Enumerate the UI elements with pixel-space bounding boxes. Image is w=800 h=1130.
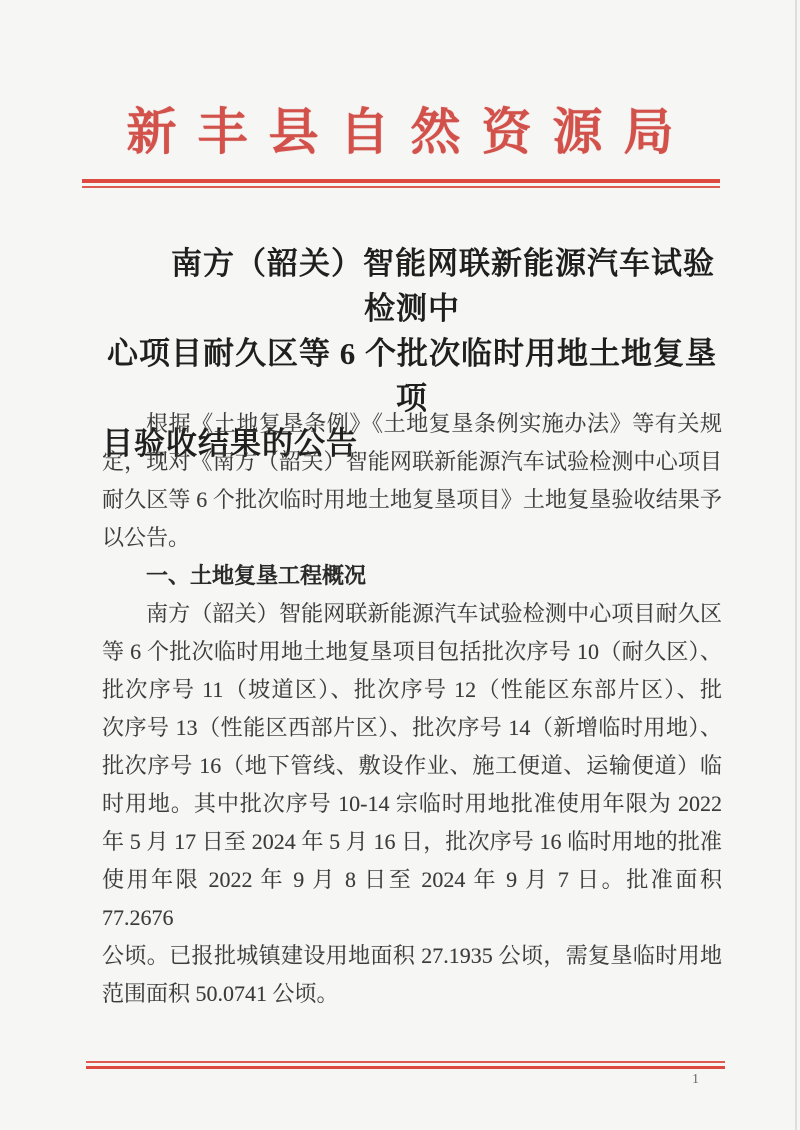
page-number: 1 [692,1072,699,1088]
text-line: 以公告。 [102,519,722,557]
text-line: 使用年限 2022 年 9 月 8 日至 2024 年 9 月 7 日。批准面积… [102,861,722,937]
header-rule-thick [82,179,720,183]
text-line: 耐久区等 6 个批次临时用地土地复垦项目》土地复垦验收结果予 [102,481,722,519]
text-line: 批次序号 16（地下管线、敷设作业、施工便道、运输便道）临 [102,747,722,785]
text-line: 定，现对《南方（韶关）智能网联新能源汽车试验检测中心项目 [102,443,722,481]
header-rule-thin [82,186,720,188]
document-body: 根据《土地复垦条例》《土地复垦条例实施办法》等有关规定，现对《南方（韶关）智能网… [102,405,722,1013]
text-line: 范围面积 50.0741 公顷。 [102,975,722,1013]
text-line: 等 6 个批次临时用地土地复垦项目包括批次序号 10（耐久区）、 [102,633,722,671]
text-line: 南方（韶关）智能网联新能源汽车试验检测中心项目耐久区 [102,595,722,633]
section-heading-overview: 一、土地复垦工程概况 [102,557,722,595]
header-double-rule [82,179,720,188]
text-line: 批次序号 11（坡道区）、批次序号 12（性能区东部片区）、批 [102,671,722,709]
document-page: 新丰县自然资源局 南方（韶关）智能网联新能源汽车试验检测中心项目耐久区等 6 个… [0,0,800,1130]
text-line: 时用地。其中批次序号 10-14 宗临时用地批准使用年限为 2022 [102,785,722,823]
text-line: 公顷。已报批城镇建设用地面积 27.1935 公顷，需复垦临时用地 [102,937,722,975]
footer-double-rule [86,1061,725,1069]
letterhead-title: 新丰县自然资源局 [0,92,800,164]
scan-edge-shadow [795,0,797,1130]
text-line: 南方（韶关）智能网联新能源汽车试验检测中 [102,241,722,331]
text-line: 次序号 13（性能区西部片区）、批次序号 14（新增临时用地）、 [102,709,722,747]
footer-rule-thick [86,1066,725,1069]
text-line: 年 5 月 17 日至 2024 年 5 月 16 日，批次序号 16 临时用地… [102,823,722,861]
text-line: 根据《土地复垦条例》《土地复垦条例实施办法》等有关规 [102,405,722,443]
footer-rule-thin [86,1061,725,1063]
paragraph-intro: 根据《土地复垦条例》《土地复垦条例实施办法》等有关规定，现对《南方（韶关）智能网… [102,405,722,557]
paragraph-project-overview: 南方（韶关）智能网联新能源汽车试验检测中心项目耐久区等 6 个批次临时用地土地复… [102,595,722,1013]
